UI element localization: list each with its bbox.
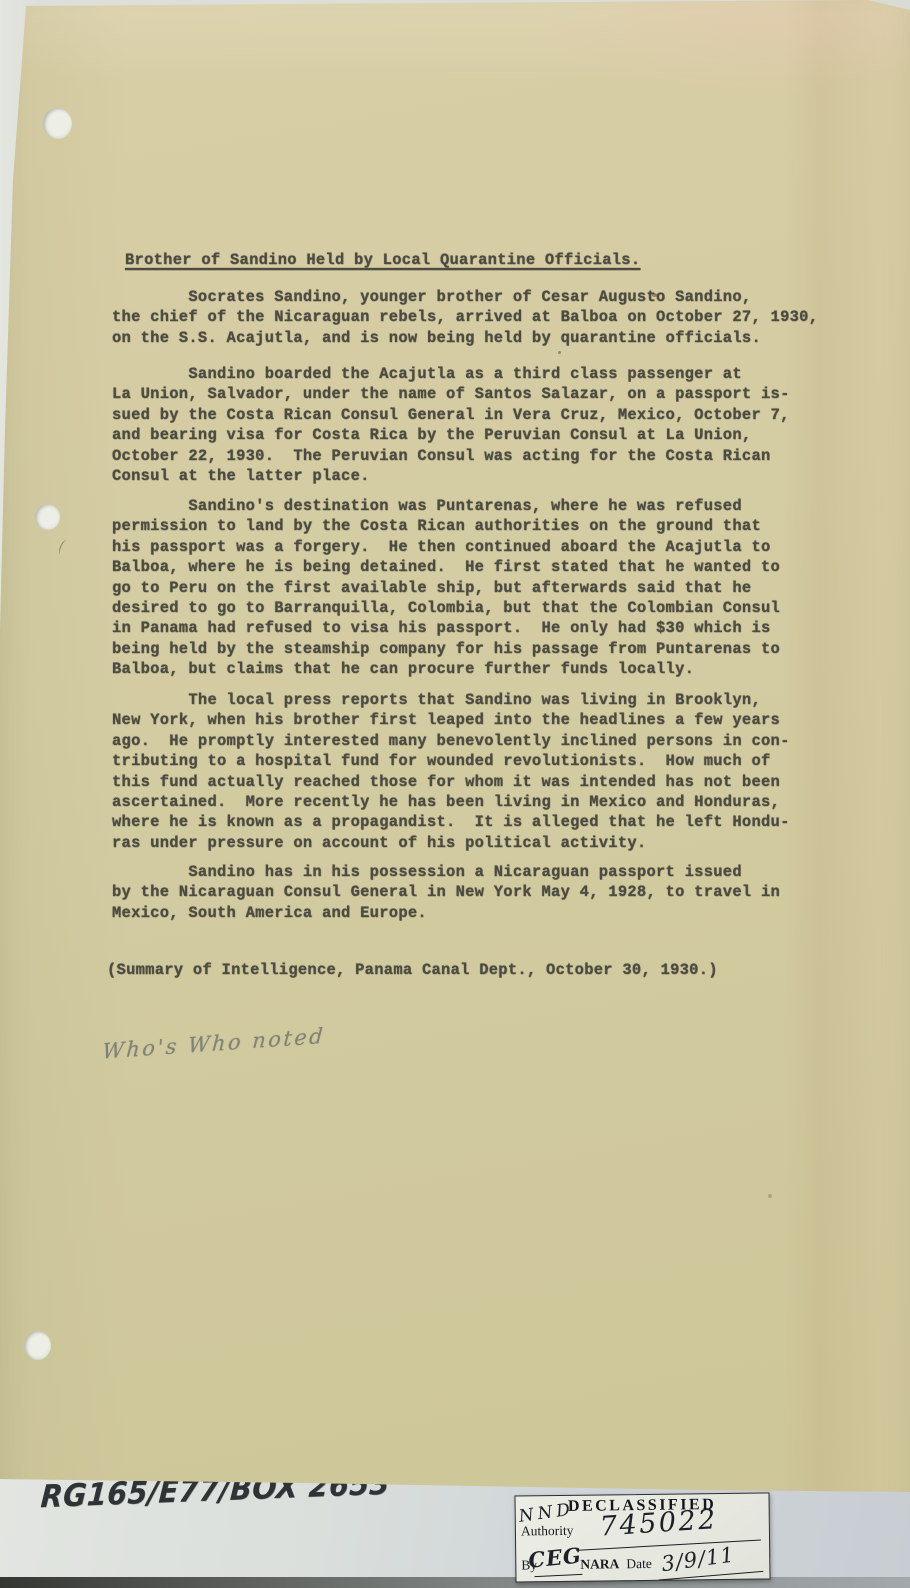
- document-page: Brother of Sandino Held by Local Quarant…: [0, 0, 910, 1588]
- bottom-edge-shadow: [0, 1577, 910, 1588]
- punch-hole-middle: [35, 504, 60, 530]
- stamp-nara-label: NARA: [580, 1556, 619, 1572]
- scanned-document-image: RG165/E77/BOX 2653 Brother of Sandino He…: [0, 0, 910, 1588]
- source-citation: (Summary of Intelligence, Panama Canal D…: [107, 960, 718, 980]
- pencil-annotation: Who's Who noted: [102, 1018, 403, 1063]
- paragraph-1: Socrates Sandino, younger brother of Ces…: [112, 287, 818, 348]
- paragraph-4: The local press reports that Sandino was…: [112, 690, 790, 853]
- pencil-tick-mark: [57, 539, 69, 556]
- stamp-date-label: Date: [626, 1556, 652, 1572]
- paper-stain-speck: [558, 351, 561, 354]
- stamp-date-handwritten: 3/9/11: [660, 1543, 736, 1577]
- stamp-by-line: [534, 1574, 582, 1577]
- stamp-authority-number-handwritten: 745022: [599, 1504, 719, 1543]
- paragraph-2: Sandino boarded the Acajutla as a third …: [112, 364, 790, 486]
- paragraph-3: Sandino's destination was Puntarenas, wh…: [112, 496, 780, 680]
- paragraph-5: Sandino has in his possession a Nicaragu…: [112, 862, 780, 923]
- declassified-stamp: DECLASSIFIED Authority NND 745022 By CEG…: [514, 1492, 770, 1582]
- paper-stain-speck: [768, 1194, 772, 1198]
- punch-hole-bottom: [24, 1331, 51, 1360]
- document-title: Brother of Sandino Held by Local Quarant…: [125, 250, 640, 270]
- stamp-by-initials-handwritten: CEG: [527, 1542, 583, 1572]
- punch-hole-top: [43, 108, 72, 139]
